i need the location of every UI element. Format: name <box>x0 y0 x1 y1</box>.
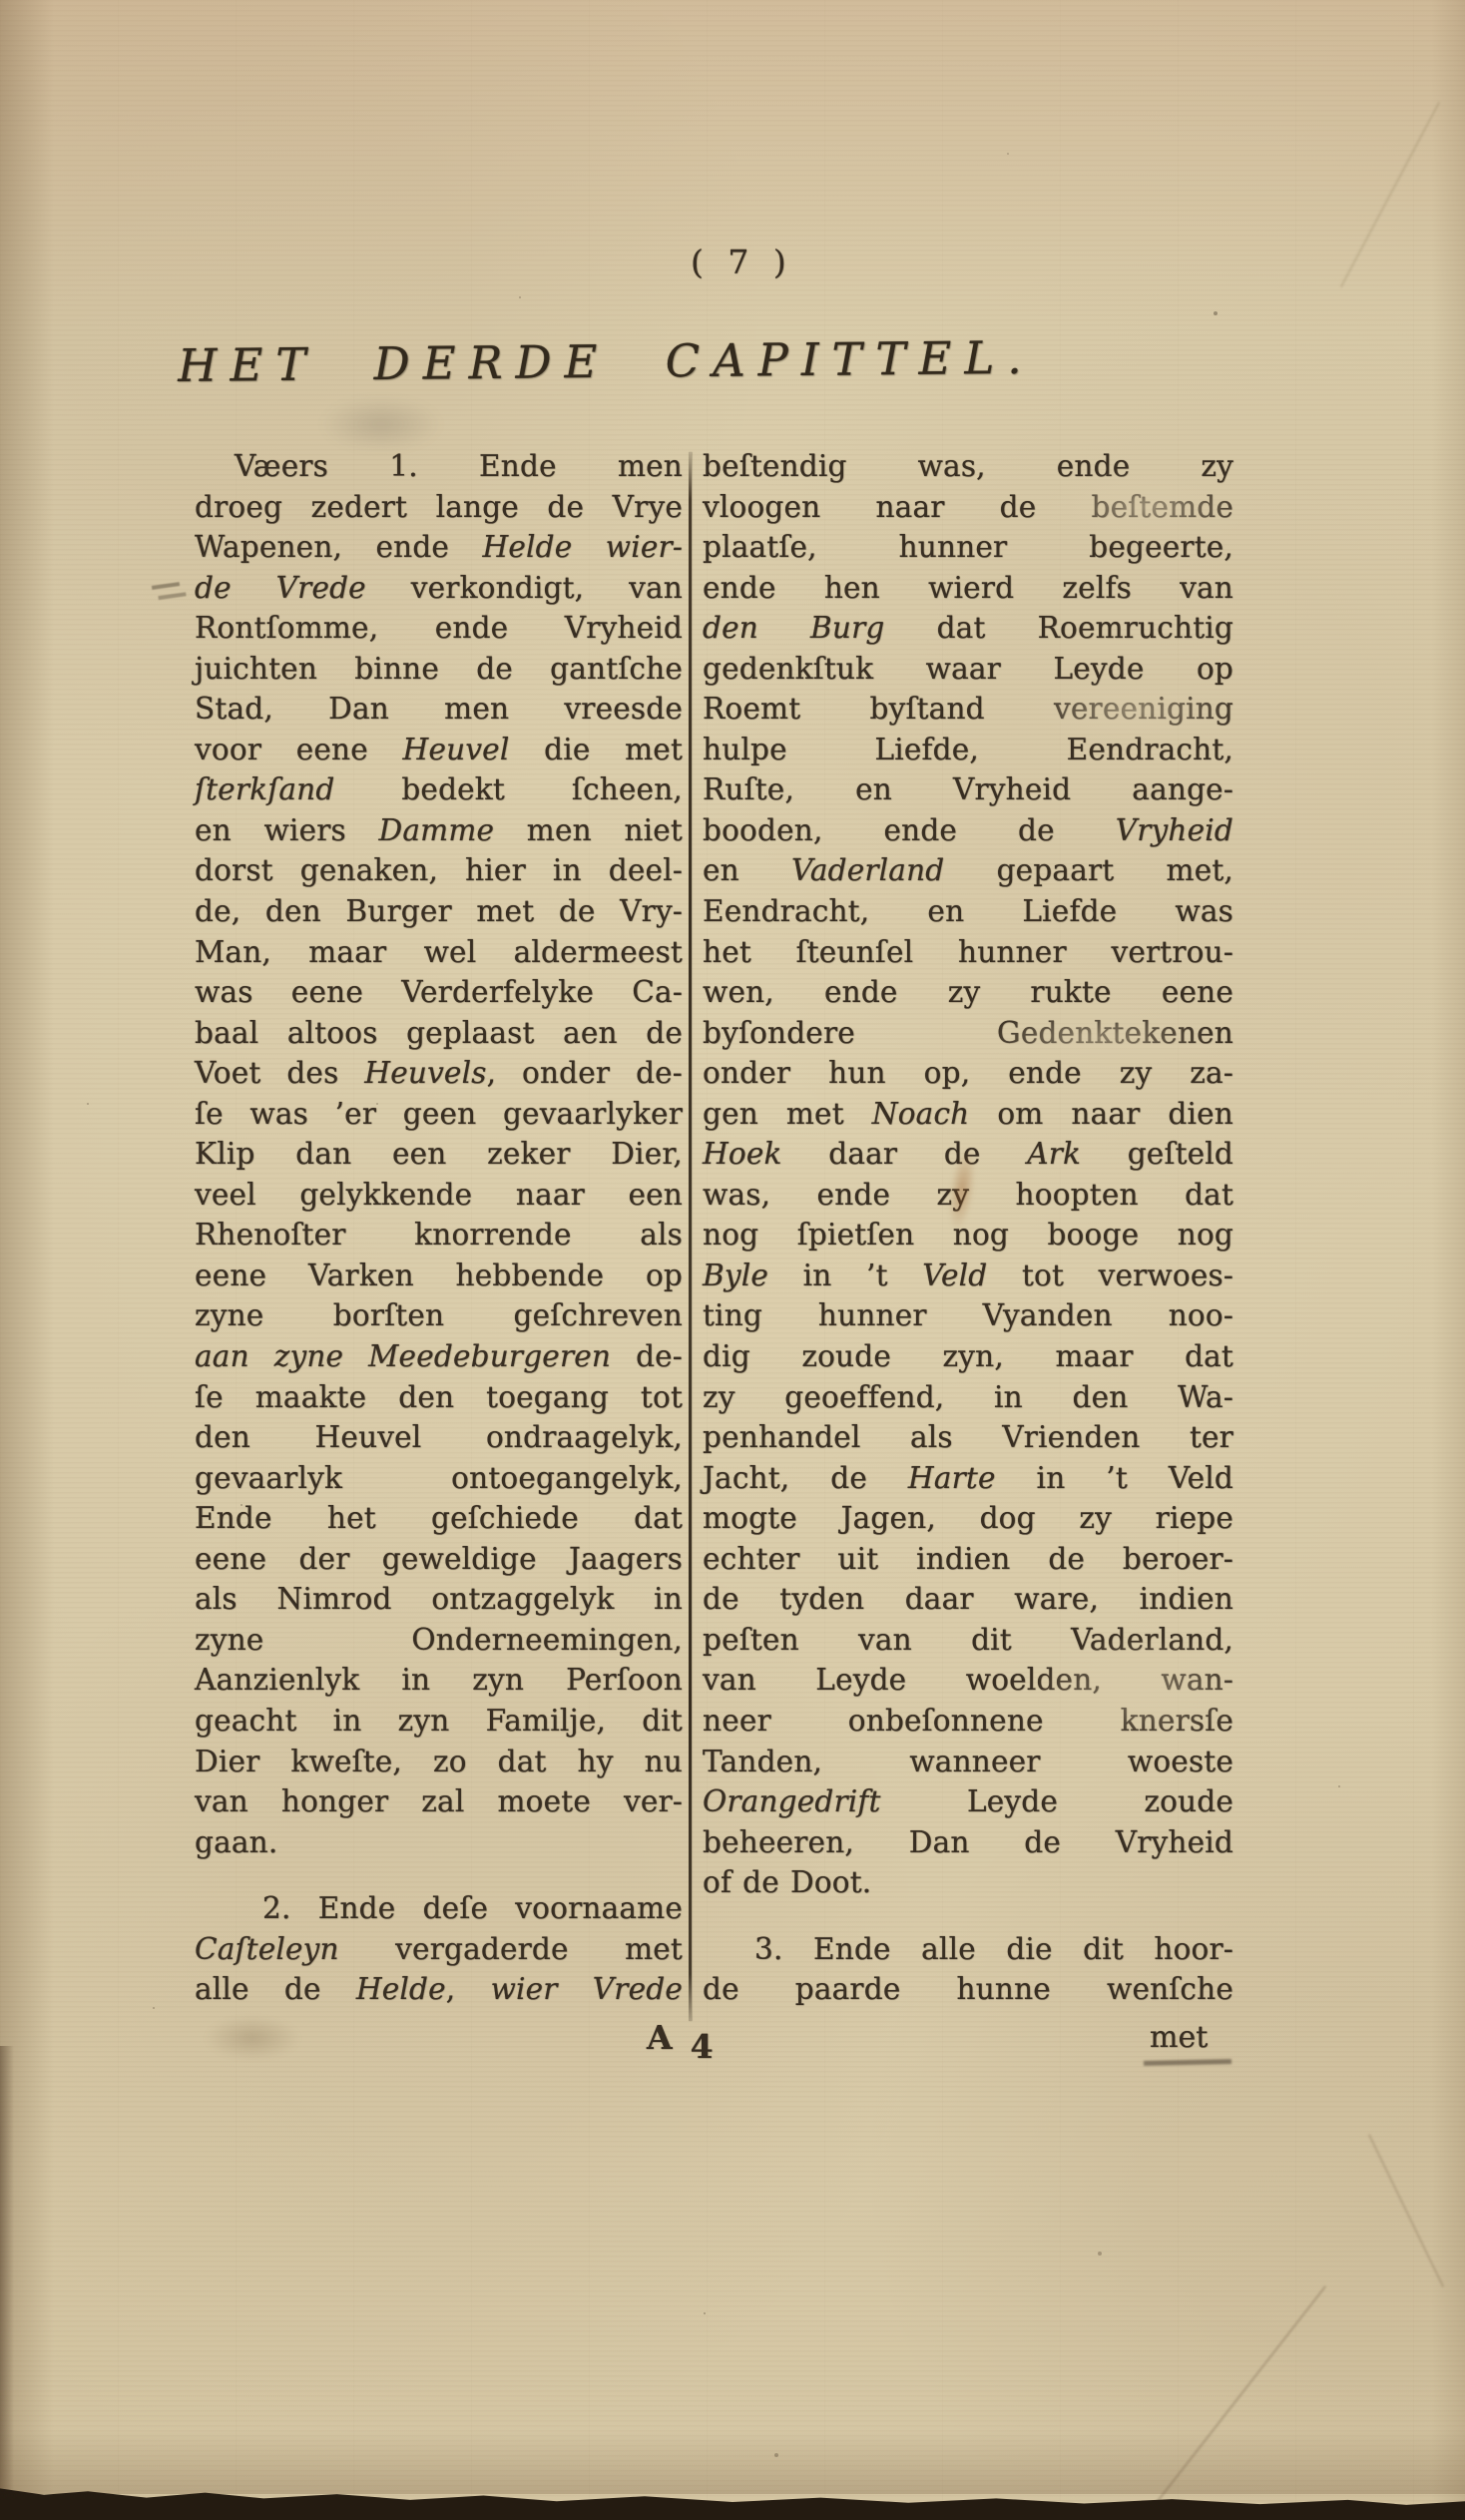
text-run: de, den Burger met de Vry- <box>195 894 683 928</box>
text-line: neer onbeſonnene knersſe <box>703 1701 1233 1742</box>
text-line: Klip dan een zeker Dier, <box>195 1134 683 1175</box>
text-run: van honger zal moete ver- <box>195 1784 683 1818</box>
italic-text-run: den Burg <box>703 611 885 645</box>
text-run: Stad, Dan men vreesde <box>195 692 683 726</box>
text-run: die met <box>509 733 683 766</box>
text-line: Aanzienlyk in zyn Perſoon <box>195 1660 683 1701</box>
text-line: dorst genaken, hier in deel- <box>195 850 683 891</box>
right-edge-shadow <box>1431 0 1465 2520</box>
text-line: Ruſte, en Vryheid aange- <box>703 769 1233 810</box>
left-edge-shadow <box>0 0 54 2520</box>
book-page-scan: { "colors": { "paper": "#d7c9a7", "ink":… <box>0 0 1465 2520</box>
text-line: de, den Burger met de Vry- <box>195 891 683 932</box>
text-run: mogte Jagen, dog zy riepe <box>703 1501 1233 1535</box>
text-run: gaan. <box>195 1825 277 1859</box>
text-line: geacht in zyn Familje, dit <box>195 1701 683 1742</box>
text-run: onder hun op, ende zy za- <box>703 1056 1233 1090</box>
text-line: de Vrede verkondigt, van <box>195 568 683 609</box>
text-run: eene Varken hebbende op <box>195 1259 683 1292</box>
text-line: peſten van dit Vaderland, <box>703 1620 1233 1661</box>
text-run: geacht in zyn Familje, dit <box>195 1704 683 1738</box>
text-run: vloogen naar de beſtemde <box>703 490 1233 524</box>
text-run: plaatſe, hunner begeerte, <box>703 530 1233 564</box>
italic-text-run: Veld <box>922 1259 987 1292</box>
text-run: Rontſomme, ende Vryheid <box>195 611 683 645</box>
italic-text-run: Vryheid <box>1116 813 1233 847</box>
text-line: Orangedrift Leyde zoude <box>703 1781 1233 1822</box>
text-run: den Heuvel ondraagelyk, <box>195 1420 683 1454</box>
italic-text-run: Damme <box>379 813 495 847</box>
italic-text-run: ſterkſand <box>195 772 334 806</box>
text-line: ting hunner Vyanden noo- <box>703 1295 1233 1336</box>
text-run: Voet des <box>195 1056 364 1090</box>
text-run: de paarde hunne wenſche <box>703 1972 1233 2006</box>
text-run: van Leyde woelden, wan- <box>703 1663 1233 1697</box>
italic-text-run: Noach <box>872 1097 970 1131</box>
text-run: Ruſte, en Vryheid aange- <box>703 772 1233 806</box>
stain <box>321 397 441 451</box>
paper-crease <box>1147 2285 1326 2515</box>
text-line: 2. Ende deſe voornaame <box>195 1888 683 1929</box>
text-line: alle de Helde, wier Vrede <box>195 1969 683 2010</box>
text-run: nog ſpietſen nog booge nog <box>703 1218 1233 1252</box>
text-line: Wapenen, ende Helde wier- <box>195 527 683 568</box>
text-run: beheeren, Dan de Vryheid <box>703 1825 1233 1859</box>
text-run: Ende het geſchiede dat <box>195 1501 683 1535</box>
text-run: beſtendig was, ende zy <box>703 449 1233 483</box>
text-line: Stad, Dan men vreesde <box>195 689 683 730</box>
signature-mark: A4 <box>647 2018 716 2057</box>
text-run: tot verwoes- <box>987 1259 1233 1292</box>
italic-text-run: Heuvels <box>364 1056 486 1090</box>
text-line: ſe was ’er geen gevaarlyker <box>195 1094 683 1135</box>
text-line: den Heuvel ondraagelyk, <box>195 1417 683 1458</box>
text-run: droeg zedert lange de Vrye <box>195 490 683 524</box>
text-line: van honger zal moete ver- <box>195 1781 683 1822</box>
text-run: Rhenoſter knorrende als <box>195 1218 683 1252</box>
text-line: Byle in ’t Veld tot verwoes- <box>703 1256 1233 1296</box>
text-run: in ’t <box>768 1259 922 1292</box>
text-line: beheeren, Dan de Vryheid <box>703 1822 1233 1863</box>
text-run: Aanzienlyk in zyn Perſoon <box>195 1663 683 1697</box>
text-run: om naar dien <box>969 1097 1233 1131</box>
text-run: zy geoeffend, in den Wa- <box>703 1380 1233 1414</box>
italic-text-run: Hoek <box>703 1137 782 1171</box>
catchword-smudge <box>1144 2059 1231 2066</box>
text-line: Ende het geſchiede dat <box>195 1498 683 1539</box>
text-line: 3. Ende alle die dit hoor- <box>703 1929 1233 1970</box>
text-run: als Nimrod ontzaggelyk in <box>195 1582 683 1616</box>
text-line: nog ſpietſen nog booge nog <box>703 1215 1233 1256</box>
text-line: en Vaderland gepaart met, <box>703 850 1233 891</box>
italic-text-run: Orangedrift <box>703 1784 881 1818</box>
text-line: gen met Noach om naar dien <box>703 1094 1233 1135</box>
text-line: byſondere Gedenktekenen <box>703 1013 1233 1054</box>
text-line: van Leyde woelden, wan- <box>703 1660 1233 1701</box>
text-line: baal altoos geplaast aen de <box>195 1013 683 1054</box>
text-run: geſteld <box>1081 1137 1233 1171</box>
paper-specks <box>1214 311 1218 315</box>
text-run: booden, ende de <box>703 813 1116 847</box>
text-line: hulpe Liefde, Eendracht, <box>703 730 1233 770</box>
text-run: voor eene <box>195 733 403 766</box>
text-line: als Nimrod ontzaggelyk in <box>195 1579 683 1620</box>
text-run: de tyden daar ware, indien <box>703 1582 1233 1616</box>
text-line: ſe maakte den toegang tot <box>195 1377 683 1418</box>
text-run: ſe maakte den toegang tot <box>195 1380 683 1414</box>
text-run: , onder de- <box>487 1056 683 1090</box>
text-line: of de Doot. <box>703 1862 1233 1903</box>
italic-text-run: Vaderland <box>791 853 944 887</box>
text-run: zyne Onderneemingen, <box>195 1623 683 1657</box>
text-run: de- <box>611 1339 683 1373</box>
italic-text-run: aan zyne Meedeburgeren <box>195 1339 611 1373</box>
text-run: alle de <box>195 1972 356 2006</box>
text-run: of de Doot. <box>703 1865 871 1899</box>
text-run: en wiers <box>195 813 379 847</box>
text-line: Eendracht, en Liefde was <box>703 891 1233 932</box>
text-line: Rhenoſter knorrende als <box>195 1215 683 1256</box>
text-run: echter uit indien de beroer- <box>703 1542 1233 1576</box>
text-line: ende hen wierd zelfs van <box>703 568 1233 609</box>
text-line: penhandel als Vrienden ter <box>703 1417 1233 1458</box>
text-run: in ’t Veld <box>996 1461 1233 1495</box>
text-line: vloogen naar de beſtemde <box>703 487 1233 528</box>
page-number: ( 7 ) <box>691 243 793 281</box>
text-line: den Burg dat Roemruchtig <box>703 608 1233 649</box>
text-run: Dier kweſte, zo dat hy nu <box>195 1745 683 1778</box>
italic-text-run: Caſteleyn <box>195 1932 339 1966</box>
text-line: Hoek daar de Ark geſteld <box>703 1134 1233 1175</box>
text-run: , <box>446 1972 491 2006</box>
text-line: Man, maar wel aldermeest <box>195 932 683 973</box>
italic-text-run: Helde <box>356 1972 446 2006</box>
text-line: Roemt byſtand vereeniging <box>703 689 1233 730</box>
text-run: dig zoude zyn, maar dat <box>703 1339 1233 1373</box>
text-run: veel gelykkende naar een <box>195 1178 683 1212</box>
text-run: was, ende zy hoopten dat <box>703 1178 1233 1212</box>
text-line: ſterkſand bedekt ſcheen, <box>195 769 683 810</box>
torn-bottom-edge <box>0 2484 1465 2520</box>
text-run: Roemt byſtand vereeniging <box>703 692 1233 726</box>
text-run: het ſteunſel hunner vertrou- <box>703 935 1233 969</box>
text-line: Tanden, wanneer woeste <box>703 1742 1233 1782</box>
paper-crease <box>1368 2134 1444 2287</box>
text-run: hulpe Liefde, Eendracht, <box>703 733 1233 766</box>
text-run: vergaderde met <box>339 1932 683 1966</box>
text-run: ſe was ’er geen gevaarlyker <box>195 1097 683 1131</box>
italic-text-run: de Vrede <box>195 571 366 605</box>
text-line: de tyden daar ware, indien <box>703 1579 1233 1620</box>
italic-text-run: Heuvel <box>403 733 510 766</box>
text-line: Dier kweſte, zo dat hy nu <box>195 1742 683 1782</box>
text-run: dat Roemruchtig <box>885 611 1234 645</box>
text-run: men niet <box>494 813 683 847</box>
text-line: beſtendig was, ende zy <box>703 446 1233 487</box>
text-line: echter uit indien de beroer- <box>703 1539 1233 1580</box>
text-run: ting hunner Vyanden noo- <box>703 1298 1233 1332</box>
paper-crease <box>1340 102 1440 287</box>
text-line: gaan. <box>195 1822 683 1863</box>
text-line: was eene Verderfelyke Ca- <box>195 972 683 1013</box>
left-edge-dark-band <box>0 2046 14 2520</box>
text-run: peſten van dit Vaderland, <box>703 1623 1233 1657</box>
text-line: Caſteleyn vergaderde met <box>195 1929 683 1970</box>
text-line: gedenkſtuk waar Leyde op <box>703 649 1233 690</box>
text-run: gedenkſtuk waar Leyde op <box>703 652 1233 686</box>
text-run: penhandel als Vrienden ter <box>703 1420 1233 1454</box>
text-run: Væers 1. Ende men <box>235 449 683 483</box>
text-line: Rontſomme, ende Vryheid <box>195 608 683 649</box>
text-run: baal altoos geplaast aen de <box>195 1016 683 1050</box>
text-line: en wiers Damme men niet <box>195 810 683 851</box>
text-run: gepaart met, <box>944 853 1233 887</box>
text-run: wen, ende zy rukte eene <box>703 975 1233 1009</box>
text-column-left: Væers 1. Ende mendroeg zedert lange de V… <box>195 446 683 2010</box>
italic-text-run: Helde wier- <box>482 530 683 564</box>
text-line: aan zyne Meedeburgeren de- <box>195 1336 683 1377</box>
text-line: zyne borſten geſchreven <box>195 1295 683 1336</box>
text-line: gevaarlyk ontoegangelyk, <box>195 1458 683 1499</box>
text-run: juichten binne de gantſche <box>195 652 683 686</box>
catchword: met <box>1150 2020 1208 2055</box>
text-line: booden, ende de Vryheid <box>703 810 1233 851</box>
text-line: het ſteunſel hunner vertrou- <box>703 932 1233 973</box>
signature-letter: A <box>647 2018 675 2057</box>
text-run: neer onbeſonnene knersſe <box>703 1704 1233 1738</box>
stain <box>205 2016 300 2060</box>
text-run: daar de <box>782 1137 1028 1171</box>
text-line: was, ende zy hoopten dat <box>703 1175 1233 1216</box>
text-run: zyne borſten geſchreven <box>195 1298 683 1332</box>
text-line: wen, ende zy rukte eene <box>703 972 1233 1013</box>
bottom-edge-shadow <box>0 2430 1465 2494</box>
text-run: Wapenen, ende <box>195 530 482 564</box>
text-run: Klip dan een zeker Dier, <box>195 1137 683 1171</box>
chapter-heading: HET DERDE CAPITTEL. <box>178 331 1035 392</box>
text-line: juichten binne de gantſche <box>195 649 683 690</box>
text-line: voor eene Heuvel die met <box>195 730 683 770</box>
text-run: Jacht, de <box>703 1461 908 1495</box>
text-line: dig zoude zyn, maar dat <box>703 1336 1233 1377</box>
text-line: de paarde hunne wenſche <box>703 1969 1233 2010</box>
text-run: Tanden, wanneer woeste <box>703 1745 1233 1778</box>
signature-digit: 4 <box>691 2027 716 2066</box>
text-run: ende hen wierd zelfs van <box>703 571 1233 605</box>
italic-text-run: Byle <box>703 1259 768 1292</box>
text-line: zyne Onderneemingen, <box>195 1620 683 1661</box>
text-run: Leyde zoude <box>881 1784 1233 1818</box>
text-run: bedekt ſcheen, <box>334 772 683 806</box>
text-line: mogte Jagen, dog zy riepe <box>703 1498 1233 1539</box>
text-line: onder hun op, ende zy za- <box>703 1053 1233 1094</box>
text-run: dorst genaken, hier in deel- <box>195 853 683 887</box>
text-line: zy geoeffend, in den Wa- <box>703 1377 1233 1418</box>
text-line: droeg zedert lange de Vrye <box>195 487 683 528</box>
text-run: en <box>703 853 791 887</box>
text-run: eene der geweldige Jaagers <box>195 1542 683 1576</box>
text-line: eene Varken hebbende op <box>195 1256 683 1296</box>
text-run: 3. Ende alle die dit hoor- <box>754 1932 1233 1966</box>
margin-ink-smudge <box>152 582 180 590</box>
column-divider-rule <box>689 452 692 2021</box>
text-run: gen met <box>703 1097 872 1131</box>
text-run: Man, maar wel aldermeest <box>195 935 683 969</box>
text-line: Jacht, de Harte in ’t Veld <box>703 1458 1233 1499</box>
italic-text-run: Harte <box>908 1461 996 1495</box>
text-run: gevaarlyk ontoegangelyk, <box>195 1461 683 1495</box>
text-run: Eendracht, en Liefde was <box>703 894 1233 928</box>
text-run: was eene Verderfelyke Ca- <box>195 975 683 1009</box>
text-line: plaatſe, hunner begeerte, <box>703 527 1233 568</box>
text-line: Voet des Heuvels, onder de- <box>195 1053 683 1094</box>
text-line: Væers 1. Ende men <box>195 446 683 487</box>
text-run: byſondere Gedenktekenen <box>703 1016 1233 1050</box>
text-run: verkondigt, van <box>366 571 683 605</box>
text-column-right: beſtendig was, ende zyvloogen naar de be… <box>703 446 1233 2010</box>
text-line: eene der geweldige Jaagers <box>195 1539 683 1580</box>
italic-text-run: wier Vrede <box>491 1972 683 2006</box>
text-line: veel gelykkende naar een <box>195 1175 683 1216</box>
text-run: 2. Ende deſe voornaame <box>262 1891 683 1925</box>
italic-text-run: Ark <box>1027 1137 1081 1171</box>
